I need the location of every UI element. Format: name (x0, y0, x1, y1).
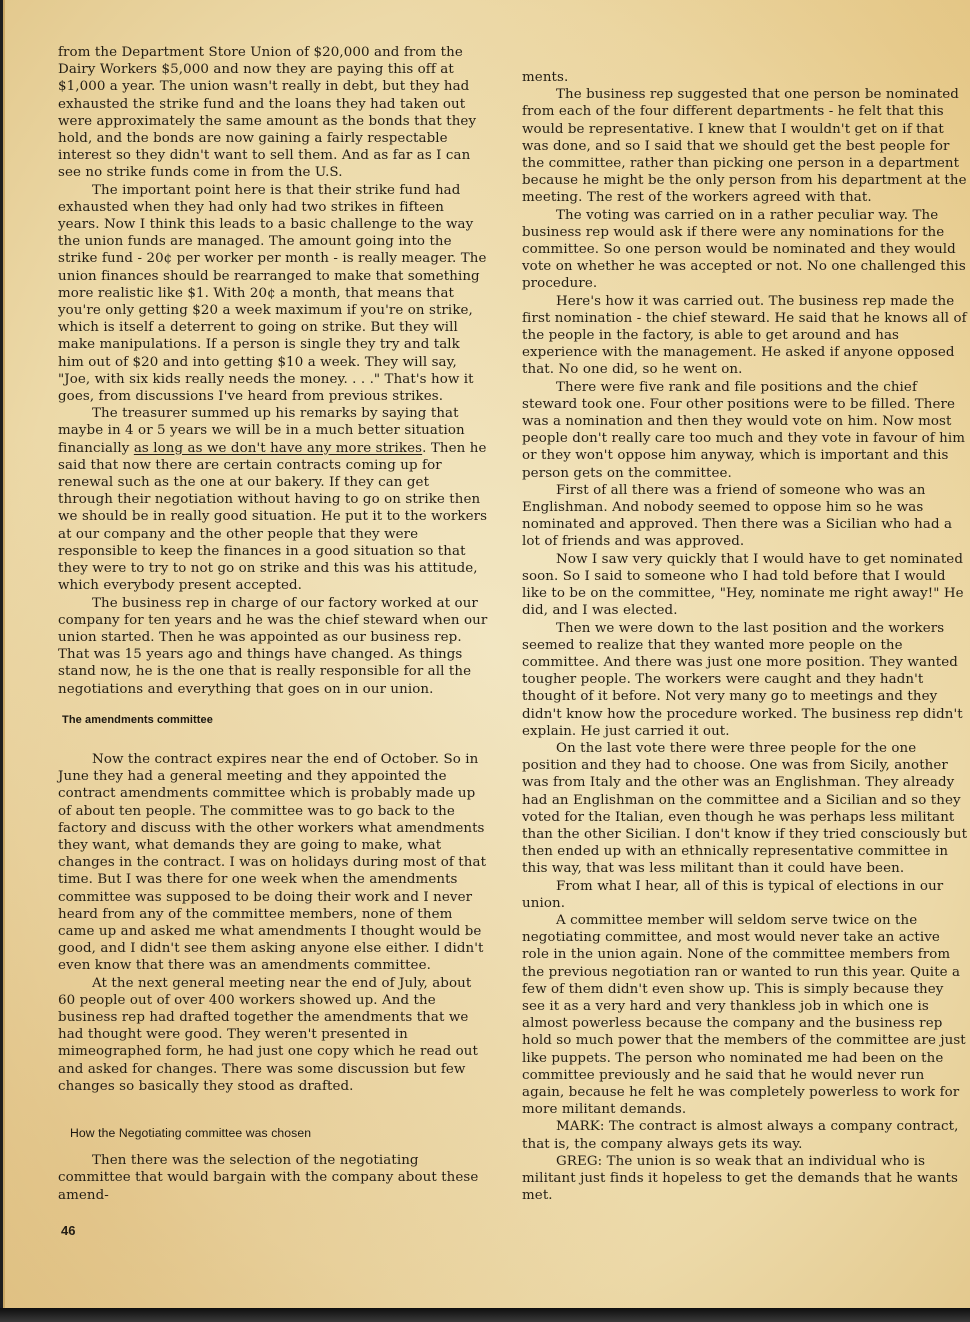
paragraph: The business rep in charge of our factor… (58, 595, 488, 698)
section-heading-amendments: The amendments committee (62, 712, 488, 729)
paragraph: Now the contract expires near the end of… (58, 751, 488, 975)
magazine-page: from the Department Store Union of $20,0… (3, 0, 970, 1308)
left-column: from the Department Store Union of $20,0… (58, 44, 488, 1204)
paragraph: The business rep suggested that one pers… (522, 86, 968, 206)
right-column: ments. The business rep suggested that o… (522, 69, 968, 1204)
paragraph: First of all there was a friend of someo… (522, 482, 968, 551)
paragraph: Now I saw very quickly that I would have… (522, 551, 968, 620)
dialogue-greg: GREG: The union is so weak that an indiv… (522, 1153, 968, 1205)
paragraph: A committee member will seldom serve twi… (522, 912, 968, 1118)
paragraph: On the last vote there were three people… (522, 740, 968, 878)
paragraph: from the Department Store Union of $20,0… (58, 44, 488, 182)
paragraph: From what I hear, all of this is typical… (522, 878, 968, 912)
paragraph: Then there was the selection of the nego… (58, 1152, 488, 1204)
dialogue-mark: MARK: The contract is almost always a co… (522, 1118, 968, 1152)
paragraph: The important point here is that their s… (58, 182, 488, 406)
paragraph: ments. (522, 69, 968, 86)
paragraph: Then we were down to the last position a… (522, 620, 968, 740)
paragraph: Here's how it was carried out. The busin… (522, 293, 968, 379)
text: . Then he said that now there are certai… (58, 441, 487, 594)
paragraph: The treasurer summed up his remarks by s… (58, 405, 488, 594)
scan-edge-shadow (0, 1308, 970, 1322)
paragraph: There were five rank and file positions … (522, 379, 968, 482)
page-number: 46 (61, 1223, 75, 1238)
underlined-phrase: as long as we don't have any more strike… (134, 441, 422, 456)
section-heading-negotiating: How the Negotiating committee was chosen (70, 1125, 488, 1142)
paragraph: At the next general meeting near the end… (58, 975, 488, 1095)
paragraph: The voting was carried on in a rather pe… (522, 207, 968, 293)
